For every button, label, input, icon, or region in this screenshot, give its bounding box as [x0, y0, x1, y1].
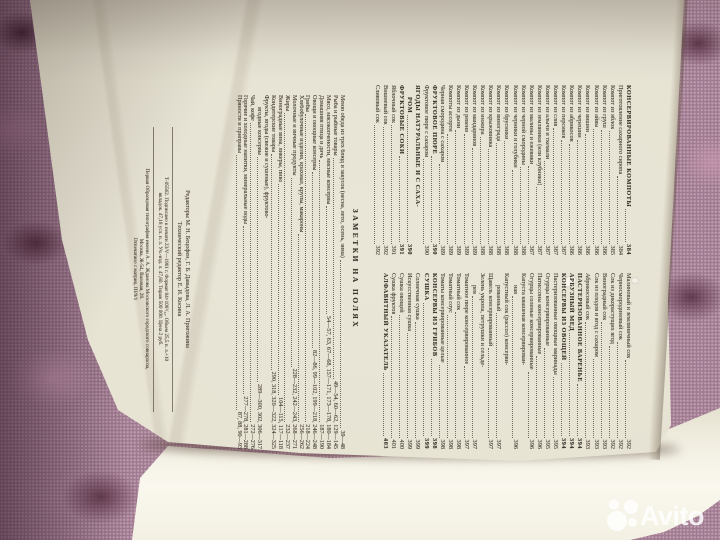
tech-editor-line: Технический редактор Е. И. Косина	[176, 114, 184, 424]
toc-entry: Приготовление сахарного сиропа384	[616, 85, 624, 255]
toc-entry: Солнечная сушка399	[413, 273, 421, 449]
toc-entry: Огурцы консервированные395	[543, 273, 551, 449]
index-entry: Домашняя птица и дичь187—190	[317, 95, 324, 449]
index-entry: Пряности и приправы87, 88, 90—93	[235, 95, 242, 449]
toc-entry: Компот из алычи и ткемали387	[543, 85, 551, 255]
toc-entry: Компот из яблок385	[608, 85, 616, 255]
toc-entry: Компот из абрикосов386	[567, 85, 575, 255]
toc-entry: Зелень укропа, петрушки и сельде-	[478, 273, 486, 449]
toc-entry: ФРУКТОВОЕ ПЮРЕ390	[430, 85, 438, 255]
imprint-line-2: вкладок. 47,18 усл. п. л. Уч.-изд. л. 47…	[157, 114, 163, 424]
toc-entry: ЯГОДЫ НАТУРАЛЬНЫЕ И С САХА-	[413, 85, 421, 255]
toc-entry: Абрикосовый сок393	[583, 273, 591, 449]
section-title: ЗАМЕТКИ НА ПОЛЯХ	[351, 1, 360, 537]
toc-entry: Черносмородиновый сок392	[616, 273, 624, 449]
toc-entry: Томатный соус398	[446, 273, 454, 449]
index-entry: Чай, кофе272—276	[249, 95, 256, 449]
toc-entry: рея397	[470, 273, 478, 449]
index-entry: Фрукты, ягоды (свежие и сушеные), фрукто…	[262, 95, 269, 449]
toc-entry: Компот из дыни389	[454, 85, 462, 255]
toc-entry: Томатный сок398	[454, 273, 462, 449]
photo-scene: КОНСЕРВИРОВАННЫЕ КОМПОТЫ384Приготовление…	[0, 0, 720, 540]
toc-entry: Компот из слив387	[551, 85, 559, 255]
index-entry: Виноградные вина, ликеры, пиво104—115, 1…	[276, 95, 283, 449]
toc-entry: Капуста квашеная консервирован-	[519, 273, 527, 449]
toc-entry: Компот из черешни386	[575, 85, 583, 255]
toc-entry: РОМ390	[405, 85, 413, 255]
toc-entry: КОНСЕРВЫ ИЗ ОВОЩЕЙ394	[559, 273, 567, 449]
toc-entry: Компот из персиков387	[559, 85, 567, 255]
toc-entry: Сушка овощей400	[397, 273, 405, 449]
toc-entry: Сушка фруктов401	[389, 273, 397, 449]
index-entry: Молочные и яичные продукты228—232, 242—2…	[290, 95, 297, 449]
avito-watermark: Avito	[604, 492, 716, 534]
index-entry: Грибы218—224	[304, 95, 311, 449]
index-entry: ягодные консервы289—300, 302, 306—317	[255, 95, 262, 449]
index-entry: Кондитерские товары290, 318, 320—322, 32…	[269, 95, 276, 449]
printer-line-1: Первая Образцовая типография имени А. А.…	[144, 114, 150, 424]
toc-entry: Компот из малины и ежевики387	[527, 85, 535, 255]
page-content: КОНСЕРВИРОВАННЫЕ КОМПОТЫ384Приготовление…	[62, 1, 662, 537]
toc-entry: Сок из дикорастущих ягод392	[608, 273, 616, 449]
toc-entry: Вишневый сок392	[381, 85, 389, 255]
imprint-line-1: Т-05562. Подписано к печати 23/V—1961 г.…	[163, 114, 169, 424]
printer-line-3: Отпечатано с матриц. III/9/1	[132, 114, 138, 424]
toc-entry: КОНСЕРВЫ ИЗ ГРИБОВ398	[430, 273, 438, 449]
editors-line: Редакторы М. Н. Бецофен, Г. Б. Давыдова,…	[183, 114, 191, 424]
toc-entry: Компоты ассорти389	[446, 85, 454, 255]
toc-entry: Сливовый сок392	[373, 85, 381, 255]
margin-notes-index: Меню обеда из трех блюд и закусок (весна…	[235, 95, 345, 449]
toc-entry: Томаты консервированные целые398	[438, 273, 446, 449]
watermark-label: Avito	[640, 498, 704, 534]
toc-entry: Томатное пюре консервированное397	[462, 273, 470, 449]
toc-entry: Компот из инжира388	[478, 85, 486, 255]
toc-entry: Сок из плодов и ягод с сахаром393	[592, 273, 600, 449]
toc-entry: Компот из мандаринов389	[470, 85, 478, 255]
avito-logo-icon	[604, 494, 640, 534]
toc-entry: Компот из айвы386	[592, 85, 600, 255]
toc-entry: Компот из земляники (или клубники)387	[535, 85, 543, 255]
toc-entry: Компот из ревеня389	[462, 85, 470, 255]
toc-entry: Компот из винограда388	[494, 85, 502, 255]
toc-entry: Компот из груш386	[600, 85, 608, 255]
toc-entry: Виноградный сок393	[600, 273, 608, 449]
toc-entry: ная396	[511, 273, 519, 449]
index-entry: Меню обеда из трех блюд и закусок (весна…	[338, 95, 345, 449]
toc-entry: Капустный сок (рассол) консерви-	[503, 273, 511, 449]
printer-line-2: Москва, Ж-54, Валовая, 28.	[138, 114, 144, 424]
toc-entry: рованный397	[494, 273, 502, 449]
index-entry: Мясо, мясокопчености, мясные консервы54—…	[324, 95, 331, 449]
toc-column-left: КОНСЕРВИРОВАННЫЕ КОМПОТЫ384Приготовление…	[373, 85, 632, 255]
toc-entry: Огурцы соленые консервированные396	[527, 273, 535, 449]
toc-entry: КОНСЕРВИРОВАННЫЕ КОМПОТЫ384	[624, 85, 632, 255]
toc-entry: Компот из черной смородины388	[519, 85, 527, 255]
divider	[172, 127, 173, 412]
index-entry: Хлебобулочные изделия, крахмал, крупы, м…	[297, 95, 304, 449]
toc-entry: Компот из крыжовника388	[486, 85, 494, 255]
colophon: Редакторы М. Н. Бецофен, Г. Б. Давыдова,…	[132, 114, 191, 424]
index-entry: Горячие и холодные напитки, минеральные …	[242, 95, 249, 449]
toc-entry: Малиновый и земляничный сок392	[624, 273, 632, 449]
toc-entry: СУШКА399	[422, 273, 430, 449]
divider	[153, 127, 154, 412]
index-entry: Рыба и рыбные товары49—54, 60—62, 129—14…	[331, 95, 338, 449]
toc-entry: Черная смородина с сахаром389	[438, 85, 446, 255]
index-entry: Жиры232—237	[283, 95, 290, 449]
toc-entry: Компот из черники и голубики388	[511, 85, 519, 255]
toc-entry: ФРУКТОВЫЕ СОКИ391	[397, 85, 405, 255]
toc-entry: Яблочный сок391	[389, 85, 397, 255]
toc-entry: АРБУЗНЫЙ МЕД394	[567, 273, 575, 449]
table-of-contents: КОНСЕРВИРОВАННЫЕ КОМПОТЫ384Приготовление…	[373, 85, 632, 465]
toc-entry: Щавель консервированный397	[486, 273, 494, 449]
toc-column-right: Малиновый и земляничный сок392Черносморо…	[373, 273, 632, 449]
index-entry: Овощи и овощные консервы82—86, 99—102, 1…	[311, 95, 318, 449]
toc-entry: Компот из брусники388	[503, 85, 511, 255]
toc-entry: Патиссоны консервированные396	[535, 273, 543, 449]
toc-entry: ПАСТЕРИЗОВАННОЕ ВАРЕНЬЕ394	[575, 273, 583, 449]
toc-entry: Фруктовое пюре с сахаром390	[422, 85, 430, 255]
toc-entry: Компот из вишни386	[583, 85, 591, 255]
toc-entry: Пастеризованные овощные маринады395	[551, 273, 559, 449]
toc-entry: Искусственная сушка399	[405, 273, 413, 449]
toc-entry: АЛФАВИТНЫЙ УКАЗАТЕЛЬ403	[381, 273, 389, 449]
